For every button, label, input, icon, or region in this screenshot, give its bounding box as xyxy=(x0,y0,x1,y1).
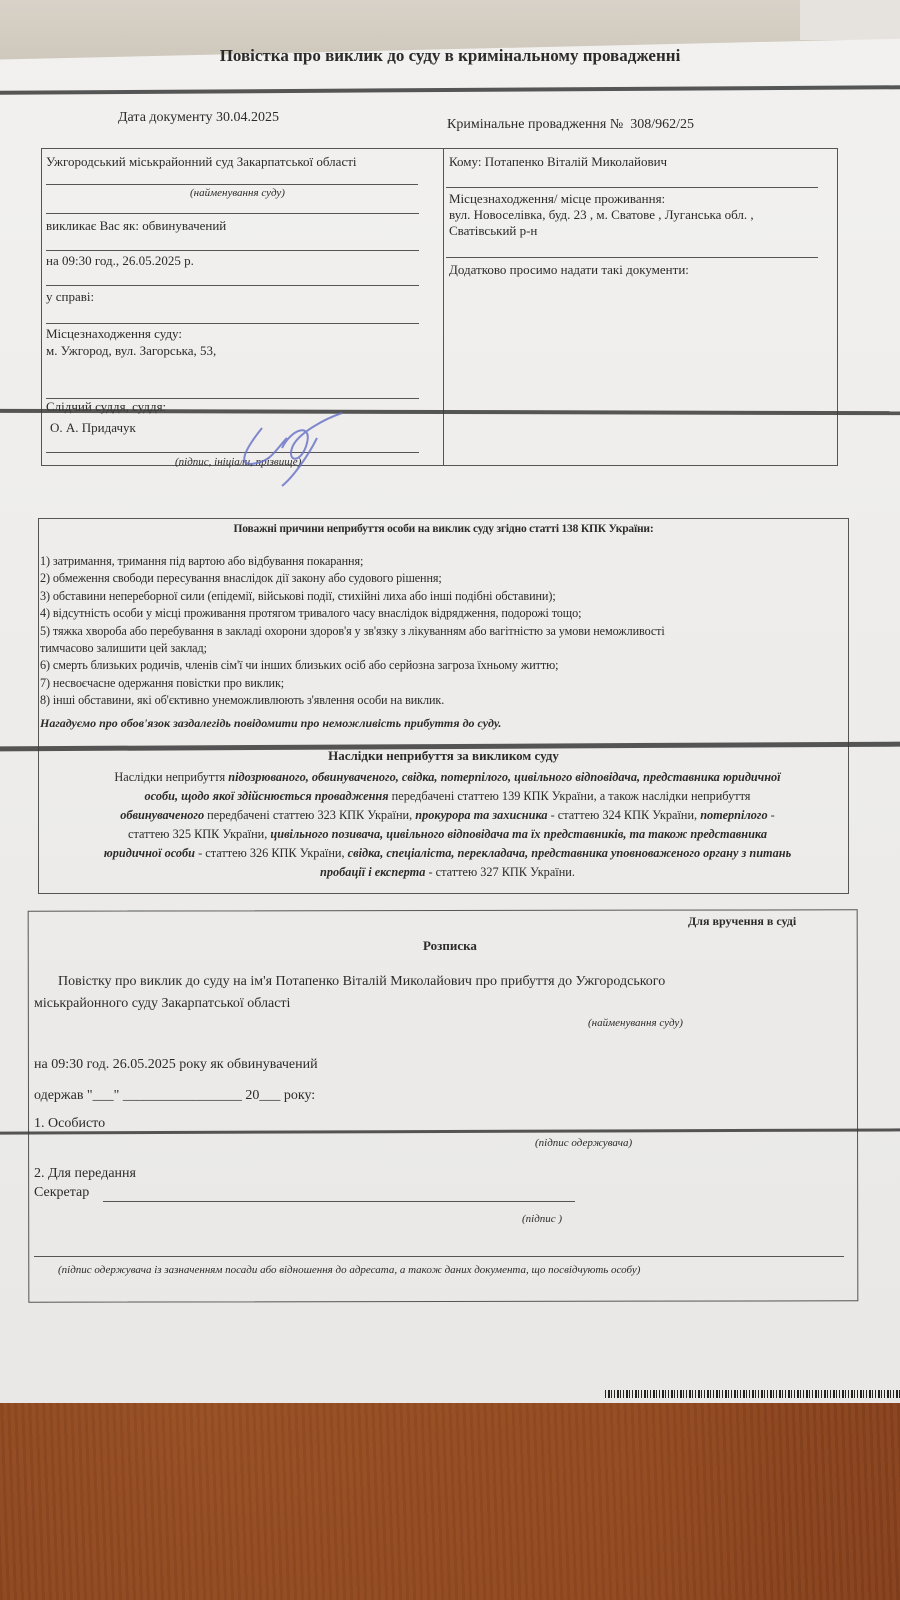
reasons-heading: Поважні причини неприбуття особи на викл… xyxy=(38,523,849,535)
residence-district: Сватівський р-н xyxy=(449,223,537,239)
court-location-label: Місцезнаходження суду: xyxy=(46,326,182,342)
receipt-court-caption: (найменування суду) xyxy=(588,1017,683,1029)
secretary-signature-line[interactable] xyxy=(103,1201,575,1202)
for-court-label: Для вручення в суді xyxy=(688,914,796,929)
court-name: Ужгородський міськрайонний суд Закарпатс… xyxy=(46,154,357,170)
reason-item: тимчасово залишити цей заклад; xyxy=(40,640,840,657)
reason-item: 6) смерть близьких родичів, членів сім'ї… xyxy=(40,657,840,674)
reminder-text: Нагадуємо про обов'язок заздалегідь пові… xyxy=(40,716,501,731)
recipient-details-line[interactable] xyxy=(34,1256,844,1257)
divider xyxy=(46,213,419,214)
secretary-label: Секретар xyxy=(34,1185,89,1201)
reason-item: 1) затримання, тримання під вартою або в… xyxy=(40,553,840,570)
received-date-field[interactable]: одержав "___" _________________ 20___ ро… xyxy=(34,1088,315,1104)
consequences-line: статтею 325 КПК України, цивільного пози… xyxy=(40,825,855,844)
personally-label: 1. Особисто xyxy=(34,1116,105,1132)
recipient-signature-caption: (підпис одержувача) xyxy=(535,1137,632,1149)
consequences-line: Наслідки неприбуття підозрюваного, обвин… xyxy=(40,768,855,787)
document-date: Дата документу 30.04.2025 xyxy=(118,110,279,126)
case-number-label: Кримінальне провадження № 308/962/25 xyxy=(447,117,694,133)
consequences-line: пробації і експерта - статтею 327 КПК Ук… xyxy=(40,863,855,882)
consequences-text: Наслідки неприбуття підозрюваного, обвин… xyxy=(40,768,855,882)
consequences-line: обвинуваченого передбачені статтею 323 К… xyxy=(40,806,855,825)
requested-documents-label: Додатково просимо надати такі документи: xyxy=(449,262,689,278)
case-subject-label: у справі: xyxy=(46,289,94,305)
receipt-text-line1: Повістку про виклик до суду на ім'я Пота… xyxy=(58,974,665,990)
divider xyxy=(46,285,419,286)
consequences-line: особи, щодо якої здійснюється провадженн… xyxy=(40,787,855,806)
reason-item: 3) обставини непереборної сили (епідемії… xyxy=(40,588,840,605)
secretary-signature-caption: (підпис ) xyxy=(522,1213,562,1225)
judge-name: О. А. Придачук xyxy=(50,420,136,436)
court-location: м. Ужгород, вул. Загорська, 53, xyxy=(46,343,216,359)
judge-signature xyxy=(232,408,372,488)
recipient-name: Кому: Потапенко Віталій Миколайович xyxy=(449,154,667,170)
divider xyxy=(46,323,419,324)
receipt-datetime: на 09:30 год. 26.05.2025 року як обвинув… xyxy=(34,1057,318,1073)
reason-item: 2) обмеження свободи пересування внаслід… xyxy=(40,570,840,587)
case-number: 308/962/25 xyxy=(630,117,694,132)
divider xyxy=(446,257,818,258)
residence-address: вул. Новоселівка, буд. 23 , м. Сватове ,… xyxy=(449,207,754,223)
residence-label: Місцезнаходження/ місце проживання: xyxy=(449,191,665,207)
recipient-details-caption: (підпис одержувача із зазначенням посади… xyxy=(58,1264,640,1276)
hearing-datetime: на 09:30 год., 26.05.2025 р. xyxy=(46,253,194,269)
column-divider xyxy=(443,148,444,466)
court-name-caption: (найменування суду) xyxy=(190,187,285,199)
receipt-text-line2: міськрайонного суду Закарпатської област… xyxy=(34,996,290,1012)
barcode-strip xyxy=(605,1390,900,1398)
reason-item: 4) відсутність особи у місці проживання … xyxy=(40,605,840,622)
divider xyxy=(446,187,818,188)
for-transfer-label: 2. Для передання xyxy=(34,1166,136,1182)
summons-role: викликає Вас як: обвинувачений xyxy=(46,218,226,234)
reasons-list: 1) затримання, тримання під вартою або в… xyxy=(40,553,840,710)
consequences-heading: Наслідки неприбуття за викликом суду xyxy=(38,748,849,764)
summons-details-table xyxy=(41,148,838,466)
receipt-heading: Розписка xyxy=(0,938,900,954)
reason-item: 8) інші обставини, які об'єктивно унемож… xyxy=(40,692,840,709)
consequences-line: юридичної особи - статтею 326 КПК Україн… xyxy=(40,844,855,863)
reason-item: 5) тяжка хвороба або перебування в закла… xyxy=(40,623,840,640)
reason-item: 7) несвоєчасне одержання повістки про ви… xyxy=(40,675,840,692)
court-name-underline xyxy=(46,184,418,185)
case-label: Кримінальне провадження № xyxy=(447,117,623,132)
divider xyxy=(46,250,419,251)
receipt-section xyxy=(28,909,859,1302)
document-title: Повістка про виклик до суду в кримінальн… xyxy=(0,46,900,66)
